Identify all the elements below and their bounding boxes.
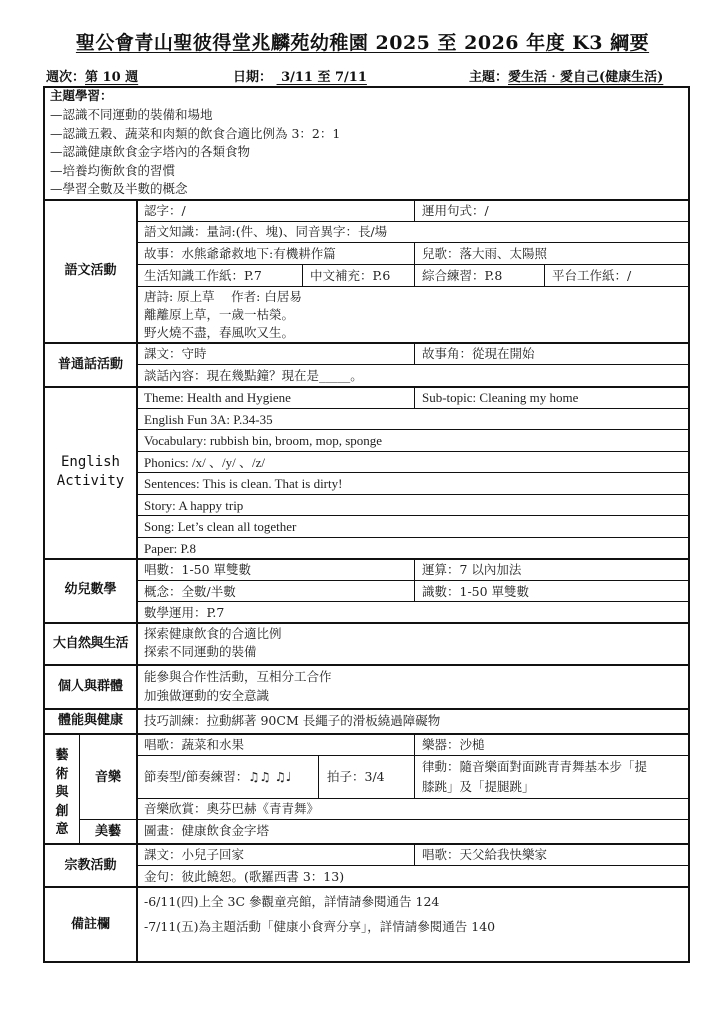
nature-line: 探索健康飲食的合適比例 [144,624,282,643]
english-vocabulary: Vocabulary: rubbish bin, broom, mop, spo… [144,431,382,450]
date-field: 日期： 3/11 至 7/11 [233,66,367,85]
divider [414,343,415,364]
divider [414,734,415,798]
english-book: English Fun 3A: P.34-35 [144,410,273,429]
divider [43,886,690,888]
theme-field: 主題：愛生活‧愛自己(健康生活) [469,66,663,85]
music-rhythm: 節奏型/節奏練習：♫♫ ♫♩ [144,767,292,786]
chinese-supplement: 中文補充：P.6 [310,266,390,285]
music-appreciation: 音樂欣賞：奧芬巴赫《青青舞》 [144,799,319,818]
week-value: 第 10 週 [85,70,138,85]
divider [136,199,138,963]
document-title: 聖公會青山聖彼得堂兆麟苑幼稚園 2025 至 2026 年度 K3 綱要 [0,28,725,55]
divider [544,264,545,286]
section-label-nature: 大自然與生活 [44,634,137,653]
section-label-physical: 體能與健康 [45,711,136,730]
english-song: Song: Let’s clean all together [144,517,296,536]
music-instrument: 樂器：沙槌 [422,735,485,754]
religion-verse: 金句：彼此饒恕。(歌羅西書 3：13) [144,867,344,886]
section-label-chinese: 語文活動 [45,261,136,280]
theme-learning-item: —認識健康飲食金字塔內的各類食物 [50,142,250,161]
theme-learning-item: —認識不同運動的裝備和場地 [50,105,213,124]
chinese-story: 故事：水熊爺爺救地下:有機耕作篇 [144,244,336,263]
divider [137,364,690,365]
divider [302,264,303,286]
english-story: Story: A happy trip [144,496,243,515]
english-sentences: Sentences: This is clean. That is dirty! [144,474,342,493]
remark-item: -7/11(五)為主題活動「健康小食齊分享」，詳情請參閱通告 140 [144,917,495,936]
divider [318,755,319,798]
date-value: 3/11 至 7/11 [277,70,367,85]
theme-learning-heading: 主題學習： [50,86,113,105]
section-label-music: 音樂 [80,768,136,787]
music-song: 唱歌：蔬菜和水果 [144,735,244,754]
divider [137,451,690,452]
english-paper: Paper: P.8 [144,539,196,558]
platform-worksheet: 平台工作紙：/ [552,266,631,285]
section-label-math: 幼兒數學 [45,580,136,599]
curriculum-table [43,86,690,963]
music-movement: 律動：隨音樂面對面跳青青舞基本步「提 [422,757,647,776]
divider [43,386,690,388]
theme-learning-item: —培養均衡飲食的習慣 [50,161,175,180]
music-beat: 拍子：3/4 [327,767,385,786]
divider [137,494,690,495]
physical-text: 技巧訓練：拉動綁著 90CM 長繩子的滑板繞過障礙物 [144,711,440,730]
putonghua-conversation: 談話內容：現在幾點鐘？現在是_____。 [144,366,363,385]
personal-line: 能參與合作性活動，互相分工合作 [144,667,332,686]
poem-line: 野火燒不盡，春風吹又生。 [144,323,294,342]
math-concept: 概念：全數/半數 [144,582,236,601]
visual-arts-drawing: 圖畫：健康飲食金字塔 [144,821,269,840]
divider [43,664,690,666]
math-application: 數學運用：P.7 [144,603,224,622]
divider [43,733,690,735]
nature-line: 探索不同運動的裝備 [144,642,257,661]
week-field: 週次：第 10 週 [46,66,138,85]
putonghua-text: 課文：守時 [144,344,207,363]
theme-value: 愛生活‧愛自己(健康生活) [508,70,663,85]
divider [137,537,690,538]
math-operation: 運算：7 以內加法 [422,560,521,579]
divider [43,199,690,201]
divider [414,200,415,221]
divider [137,515,690,516]
music-movement: 膝跳」及「提腿跳」 [422,777,535,796]
divider [414,242,415,286]
religion-text: 課文：小兒子回家 [144,845,244,864]
divider [43,622,690,624]
theme-learning-item: —學習全數及半數的概念 [50,179,188,198]
divider [137,429,690,430]
personal-line: 加強做運動的安全意識 [144,686,269,705]
divider [414,387,415,408]
divider [43,843,690,845]
divider [414,844,415,865]
math-recognize-numbers: 識數：1-50 單雙數 [422,582,529,601]
section-label-arts: 藝 術 與 創 意 [45,747,79,840]
divider [137,865,690,866]
life-worksheet: 生活知識工作紙：P.7 [144,266,262,285]
sentence-pattern: 運用句式：/ [422,201,489,220]
poem-line: 離離原上草，一歲一枯榮。 [144,305,294,324]
religion-song: 唱歌：天父給我快樂家 [422,845,547,864]
section-label-english: English [45,453,136,472]
language-knowledge: 語文知識：量詞:(件、塊)、同音異字：長/場 [144,222,387,241]
divider [414,559,415,601]
integrated-practice: 綜合練習：P.8 [422,266,502,285]
divider [137,472,690,473]
section-label-activity: Activity [45,472,136,491]
math-counting: 唱數：1-50 單雙數 [144,560,251,579]
section-label-putonghua: 普通話活動 [45,355,136,374]
divider [43,558,690,560]
section-label-remarks: 備註欄 [45,915,136,934]
divider [137,601,690,602]
divider [43,342,690,344]
english-theme: Theme: Health and Hygiene [144,388,291,407]
remark-item: -6/11(四)上全 3C 參觀童亮館，詳情請參閱通告 124 [144,892,439,911]
divider [80,819,690,820]
section-label-visual-arts: 美藝 [80,822,136,841]
poem-line: 唐詩: 原上草 作者: 白居易 [144,287,302,306]
section-label-personal: 個人與群體 [45,677,136,696]
english-subtopic: Sub-topic: Cleaning my home [422,388,578,407]
english-phonics: Phonics: /x/ 、/y/ 、/z/ [144,453,265,472]
section-label-religion: 宗教活動 [45,856,136,875]
recognize-words: 認字：/ [144,201,186,220]
theme-learning-item: —認識五穀、蔬菜和肉類的飲食合適比例為 3：2：1 [50,124,340,143]
putonghua-story-corner: 故事角：從現在開始 [422,344,535,363]
divider [43,708,690,710]
divider [137,408,690,409]
chinese-rhyme: 兒歌：落大雨、太陽照 [422,244,547,263]
